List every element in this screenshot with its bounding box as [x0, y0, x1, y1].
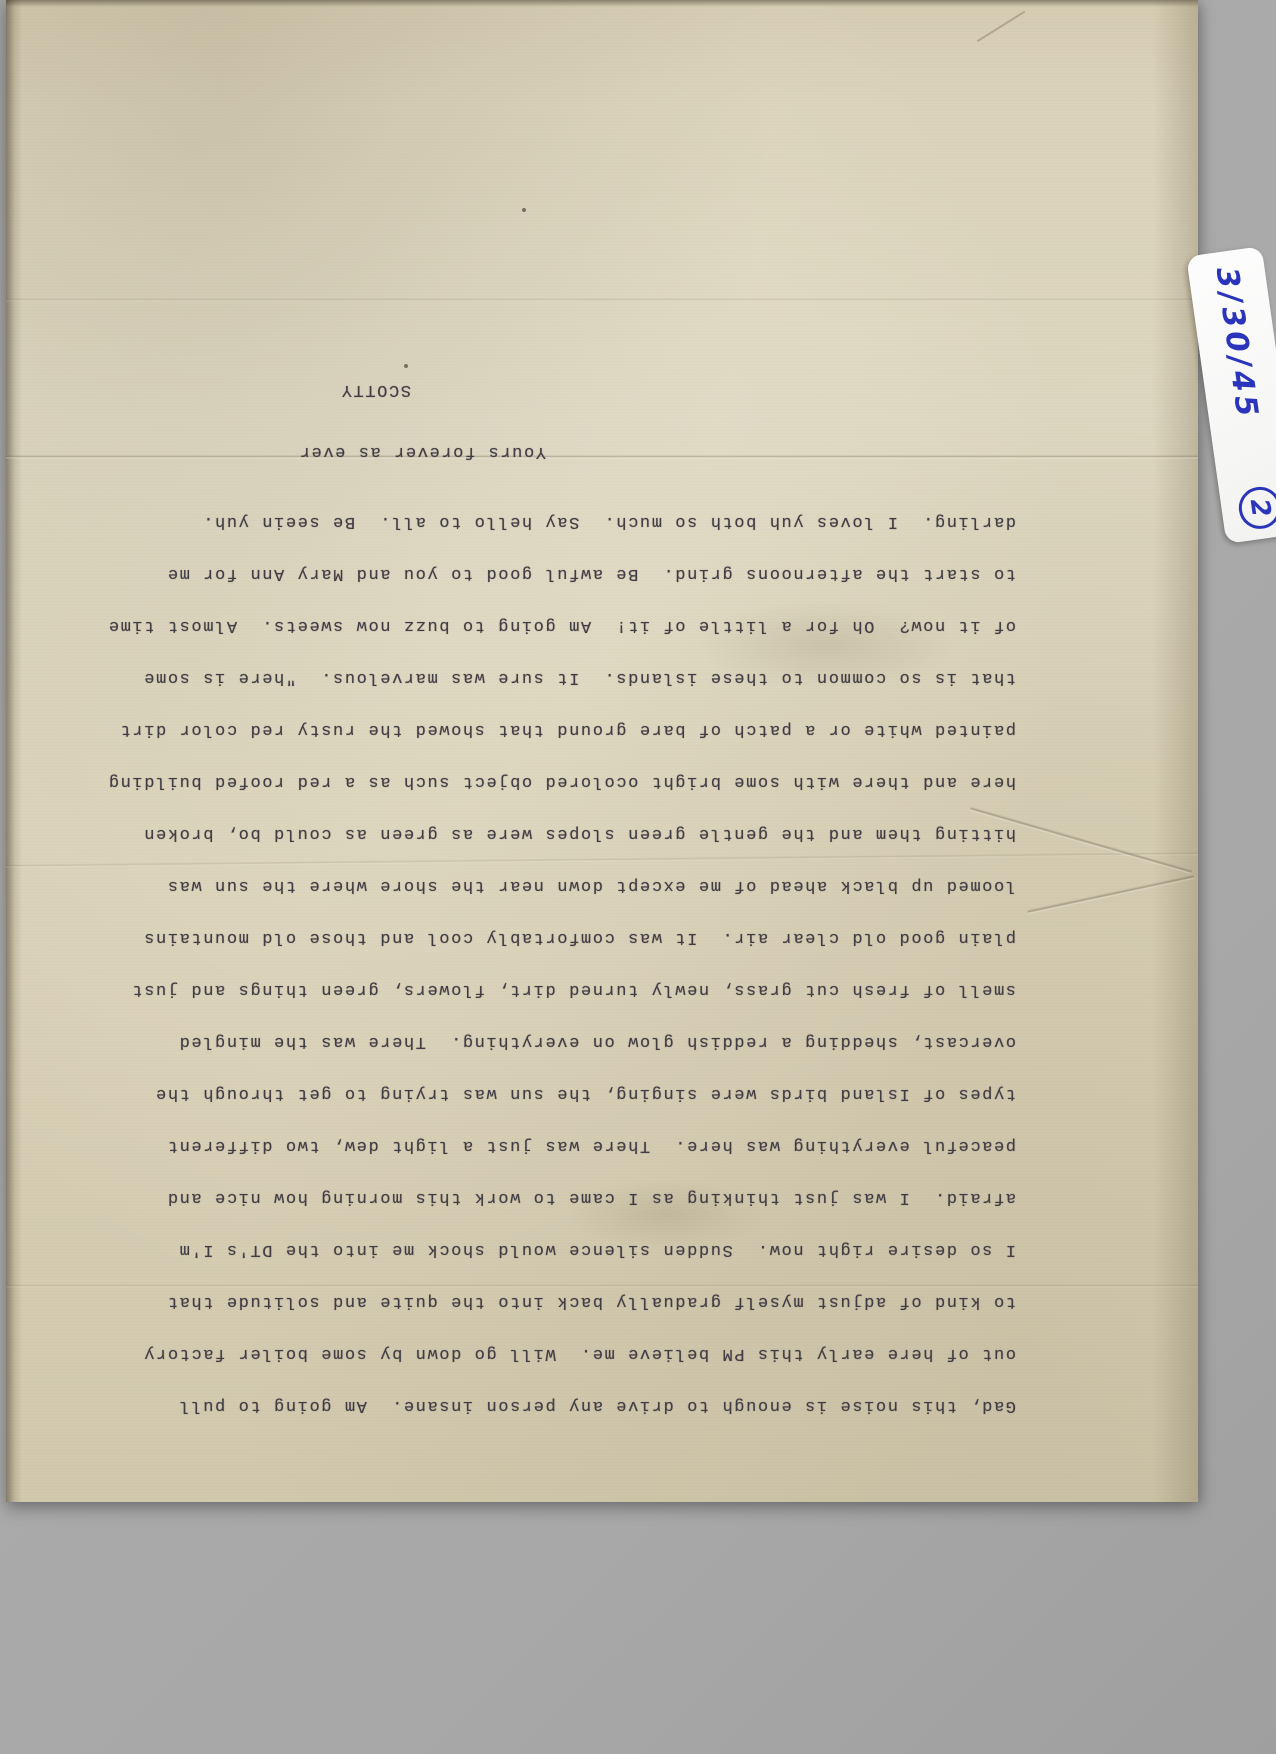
letter-line: afraid. I was just thinking as I came to…	[86, 1186, 1016, 1208]
letter-line: out of here early this PM believe me. Wi…	[86, 1342, 1016, 1364]
letter-line: that is so common to these islands. It s…	[86, 666, 1016, 688]
letter-line: to kind of adjust myself gradually back …	[86, 1290, 1016, 1312]
letter-line: types of Island birds were singing, the …	[86, 1082, 1016, 1104]
letter-line: of it now? Oh for a little of it! Am goi…	[86, 614, 1016, 636]
letter-line: plain good old clear air. It was comfort…	[86, 926, 1016, 948]
letter-closing: Yours forever as ever	[86, 440, 546, 462]
letter-body-upside-down: Gad, this noise is enough to drive any p…	[86, 360, 1016, 1416]
letter-line: smell of fresh cut grass, newly turned d…	[86, 978, 1016, 1000]
letter-line: hitting them and the gentle green slopes…	[86, 822, 1016, 844]
paper-right-edge-shade	[1152, 0, 1198, 1502]
letter-signature: SCOTTY	[86, 378, 411, 400]
letter-line: overcast, shedding a reddish glow on eve…	[86, 1030, 1016, 1052]
paper-speck	[522, 208, 526, 212]
scanned-letter-page: Gad, this noise is enough to drive any p…	[0, 0, 1276, 1754]
letter-line: loomed up black ahead of me except down …	[86, 874, 1016, 896]
letter-line: here and there with some bright ocolored…	[86, 770, 1016, 792]
letter-line: Gad, this noise is enough to drive any p…	[86, 1394, 1016, 1416]
letter-line: peaceful everything was here. There was …	[86, 1134, 1016, 1156]
paper-corner-fold-mark	[959, 0, 1026, 42]
letter-paper: Gad, this noise is enough to drive any p…	[6, 0, 1198, 1502]
handwritten-date: 3/30/45	[1209, 265, 1265, 423]
archive-label-sticker: 3/30/45 2	[1186, 246, 1276, 544]
letter-line: I so desire right now. Sudden silence wo…	[86, 1238, 1016, 1260]
letter-line: painted white or a patch of bare ground …	[86, 718, 1016, 740]
letter-line: darling. I loves yuh both so much. Say h…	[86, 510, 1016, 532]
paper-left-edge-shadow	[6, 0, 22, 1502]
circled-page-number: 2	[1236, 484, 1276, 531]
paper-crease	[6, 298, 1198, 302]
letter-line: to start the afternoons grind. Be awful …	[86, 562, 1016, 584]
